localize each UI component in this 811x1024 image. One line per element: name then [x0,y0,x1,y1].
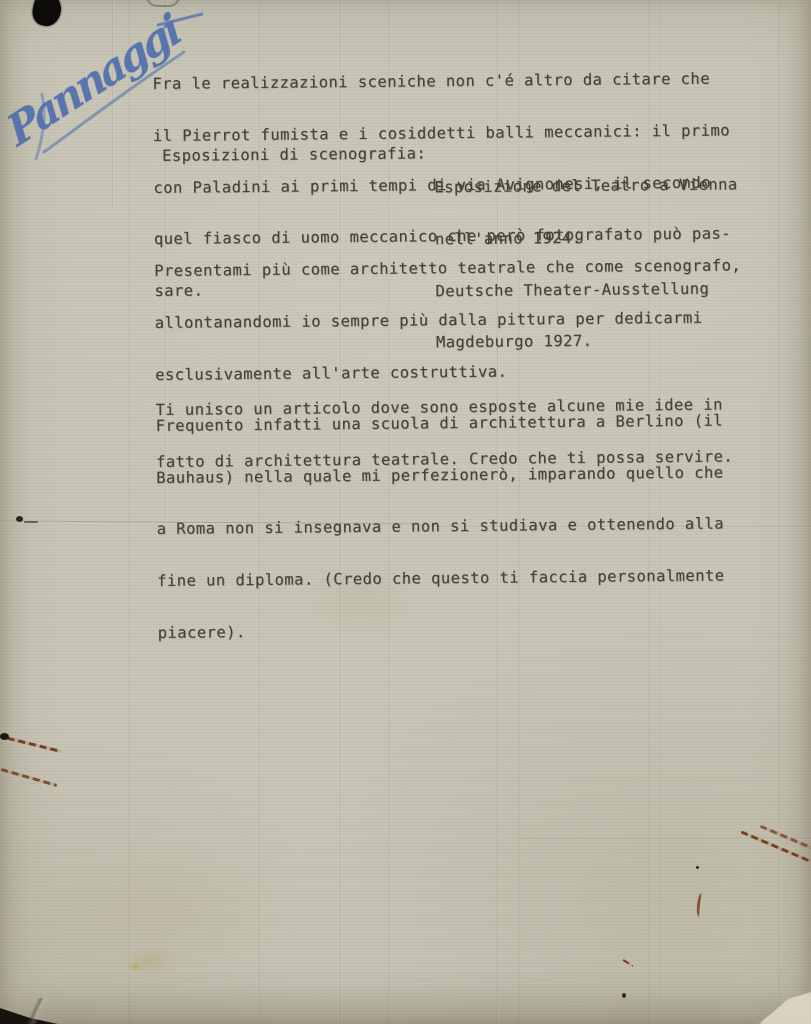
text-line: fatto di architettura teatrale. Credo ch… [156,448,733,471]
text-line: allontanandomi io sempre più dalla pittu… [155,309,742,332]
speck [16,516,23,522]
stain [120,945,180,979]
text-line: Ti unisco un articolo dove sono esposte … [155,397,732,420]
scanned-letter-page: Fra le realizzazioni sceniche non c'é al… [0,0,811,1024]
exhibition-entry: Esposizione del Teatro a Vienna [434,177,737,197]
stain [130,963,140,971]
text-line: Presentami più come architetto teatrale … [154,258,741,281]
bottom-left-crease [0,998,70,1024]
text-line: a Roma non si insegnava e non si studiav… [157,516,744,539]
handwritten-annotation: Pannaggi [16,34,226,130]
speck [696,866,699,869]
text-line: Fra le realizzazioni sceniche non c'é al… [152,71,729,94]
horizontal-crease [520,838,811,839]
rust-speck [0,733,9,740]
speck [622,993,626,998]
paragraph-articolo: Ti unisco un articolo dove sono esposte … [155,362,733,505]
text-line: piacere). [158,619,745,642]
handwriting-flourish [16,34,226,174]
text-line: il Pierrot fumista e i cosiddetti balli … [153,122,730,145]
speck [24,521,38,523]
text-line: fine un diploma. (Credo che questo ti fa… [157,567,744,590]
